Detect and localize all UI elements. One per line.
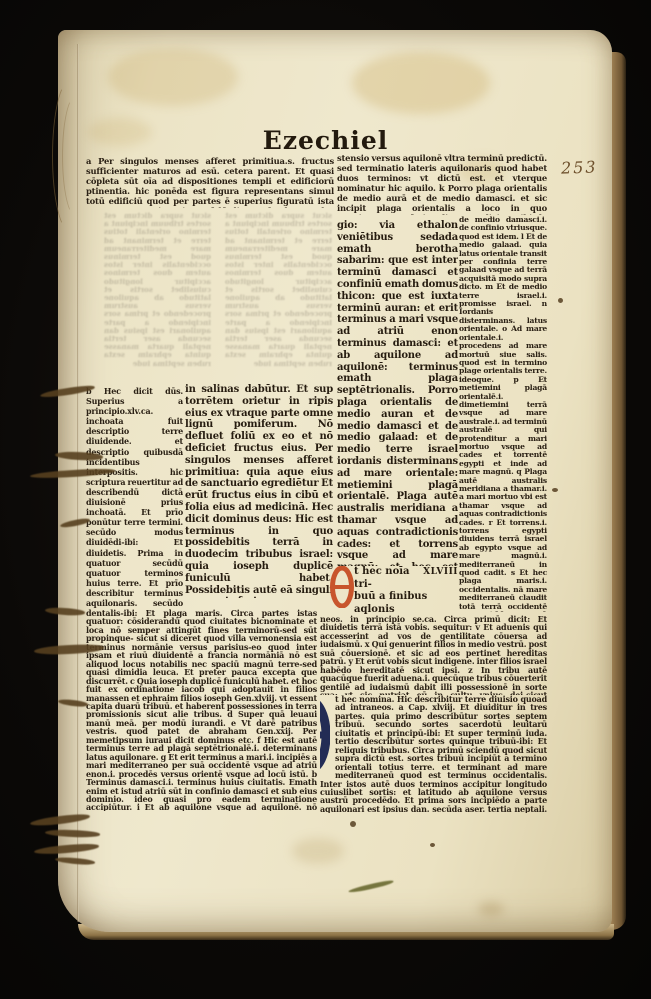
gloss-bottom-right-lower-text: t hec nomina. Hic describitur terre diui… (320, 695, 547, 813)
ink-speck (430, 843, 435, 847)
gloss-bottom-right-lower: t hec nomina. Hic describitur terre diui… (320, 695, 547, 813)
showthrough-verso-text: sicut supra dictum est sortes tribuum in… (104, 212, 332, 384)
blue-initial-E (320, 697, 330, 774)
showthrough-column: sicut supra dictum est sortes tribuum in… (104, 212, 211, 384)
stain (352, 52, 490, 114)
stain (292, 838, 344, 864)
ink-speck (558, 298, 563, 303)
gloss-right-column: de medio damasci.i. de confinio vtriusqu… (459, 216, 547, 612)
gloss-top-left: a Per singulos menses afferet primitiua.… (86, 156, 334, 208)
bible-text-column-1: in salinas dabūtur. Et sup torrētem orie… (185, 384, 333, 598)
stain (478, 902, 504, 916)
bible-text-column-2: gio: via ethalon veniētibus sedada emath… (337, 220, 458, 566)
gloss-top-right: stensio versus aquilonē vltra terminū pr… (337, 153, 547, 215)
ink-speck (350, 821, 356, 827)
red-initial-E (330, 566, 354, 613)
gloss-left-column: b Hec dicit dūs. Superius a principio.xl… (86, 386, 183, 608)
gloss-bottom-right-upper: neos. in principio se.ca. Circa primū di… (320, 615, 547, 695)
ink-speck (552, 488, 558, 492)
folio-number: 253 (561, 157, 598, 177)
photo-background: sicut supra dictum est sortes tribuum in… (0, 0, 651, 999)
page-title: Ezechiel (0, 126, 651, 155)
chapter-line-1: t hec noīa tri- (354, 566, 410, 590)
gloss-bottom-left: dentalis-ibi: Et plaga maris. Circa part… (86, 609, 317, 811)
stain (108, 48, 238, 106)
showthrough-column: sicut supra dictum est sortes tribuum in… (225, 212, 332, 384)
chapter-number: XLVIII (423, 566, 458, 579)
chapter-opening: XLVIIIt hec noīa tri- buū a finibus aqlo… (330, 566, 458, 616)
